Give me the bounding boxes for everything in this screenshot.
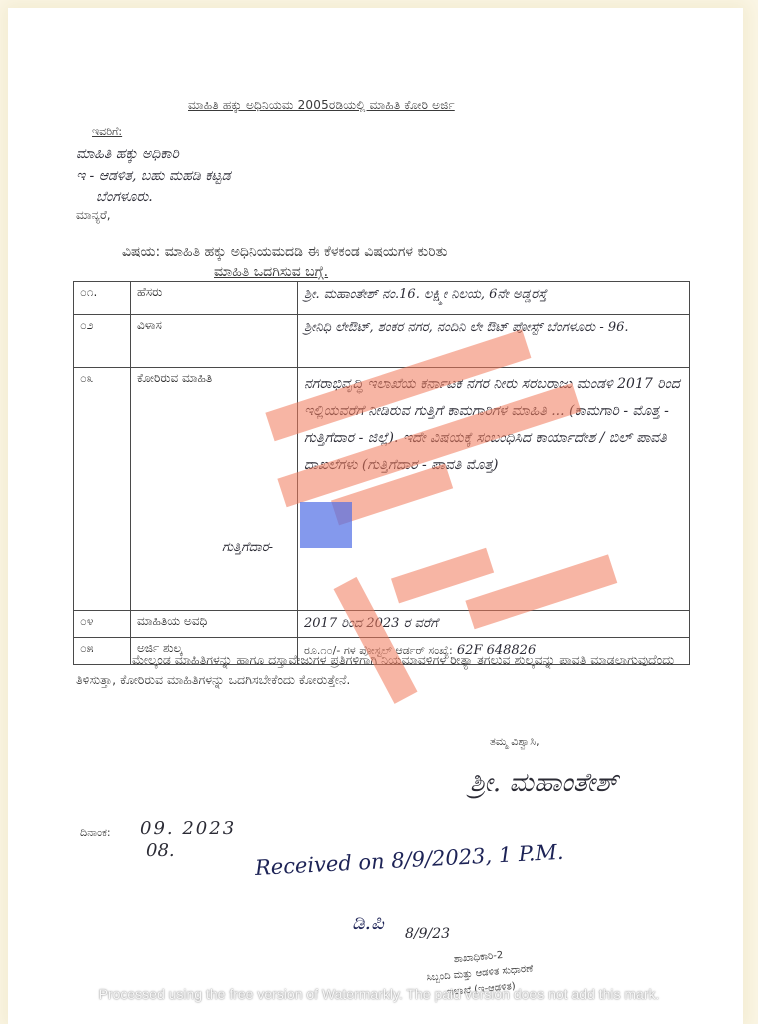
subject-line-2: ಮಾಹಿತಿ ಒದಗಿಸುವ ಬಗ್ಗೆ. <box>214 264 328 280</box>
addressee-line-3: ಬೆಂಗಳೂರು. <box>96 189 153 205</box>
addressee-label: ಇವರಿಗೆ: <box>92 125 122 139</box>
watermark-text: Processed using the free version of Wate… <box>0 986 758 1002</box>
row-label: ಮಾಹಿತಿಯ ಅವಧಿ <box>131 611 298 638</box>
redaction-overlay-blue <box>300 502 352 548</box>
date-value: 09. 2023 <box>140 818 236 839</box>
row-number: ೦೪ <box>74 611 131 638</box>
form-row-name: ೦೧. ಹೆಸರು ಶ್ರೀ. ಮಹಾಂತೇಶ್ ನಂ.16. ಲಕ್ಷ್ಮೀ … <box>74 282 690 315</box>
date-label: ದಿನಾಂಕ: <box>80 826 111 840</box>
row-number: ೦೨ <box>74 315 131 368</box>
row-label: ವಿಳಾಸ <box>131 315 298 368</box>
row-label: ಕೋರಿರುವ ಮಾಹಿತಿ <box>131 368 298 611</box>
date-day: 08. <box>146 840 175 861</box>
addressee-line-1: ಮಾಹಿತಿ ಹಕ್ಕು ಅಧಿಕಾರಿ <box>76 146 179 162</box>
applicant-signature: ಶ್ರೀ. ಮಹಾಂತೇಶ್ <box>470 768 618 799</box>
addressee-line-2: ಇ - ಆಡಳಿತ, ಬಹು ಮಹಡಿ ಕಟ್ಟಡ <box>76 168 231 184</box>
document-title: ಮಾಹಿತಿ ಹಕ್ಕು ಅಧಿನಿಯಮ 2005ರಡಿಯಲ್ಲಿ ಮಾಹಿತಿ… <box>188 98 608 113</box>
receiver-date: 8/9/23 <box>405 926 450 942</box>
salutation: ಮಾನ್ಯರೆ, <box>76 208 111 223</box>
form-row-address: ೦೨ ವಿಳಾಸ ಶ್ರೀನಿಧಿ ಲೇಔಟ್, ಶಂಕರ ನಗರ, ನಂದಿನ… <box>74 315 690 368</box>
row-number: ೦೧. <box>74 282 131 315</box>
closing: ತಮ್ಮ ವಿಶ್ವಾಸಿ, <box>490 735 540 749</box>
margin-note: ಗುತ್ತಿಗೆದಾರ- <box>222 540 273 555</box>
row-label: ಹೆಸರು <box>131 282 298 315</box>
receiver-signature: ಡಿ.ಪಿ <box>352 910 384 934</box>
row-number: ೦೩ <box>74 368 131 611</box>
subject-line-1: ವಿಷಯ: ಮಾಹಿತಿ ಹಕ್ಕು ಅಧಿನಿಯಮದಡಿ ಈ ಕೆಳಕಂಡ ವ… <box>122 244 448 260</box>
row-value: ಶ್ರೀ. ಮಹಾಂತೇಶ್ ನಂ.16. ಲಕ್ಷ್ಮೀ ನಿಲಯ, 6ನೇ … <box>298 282 690 315</box>
